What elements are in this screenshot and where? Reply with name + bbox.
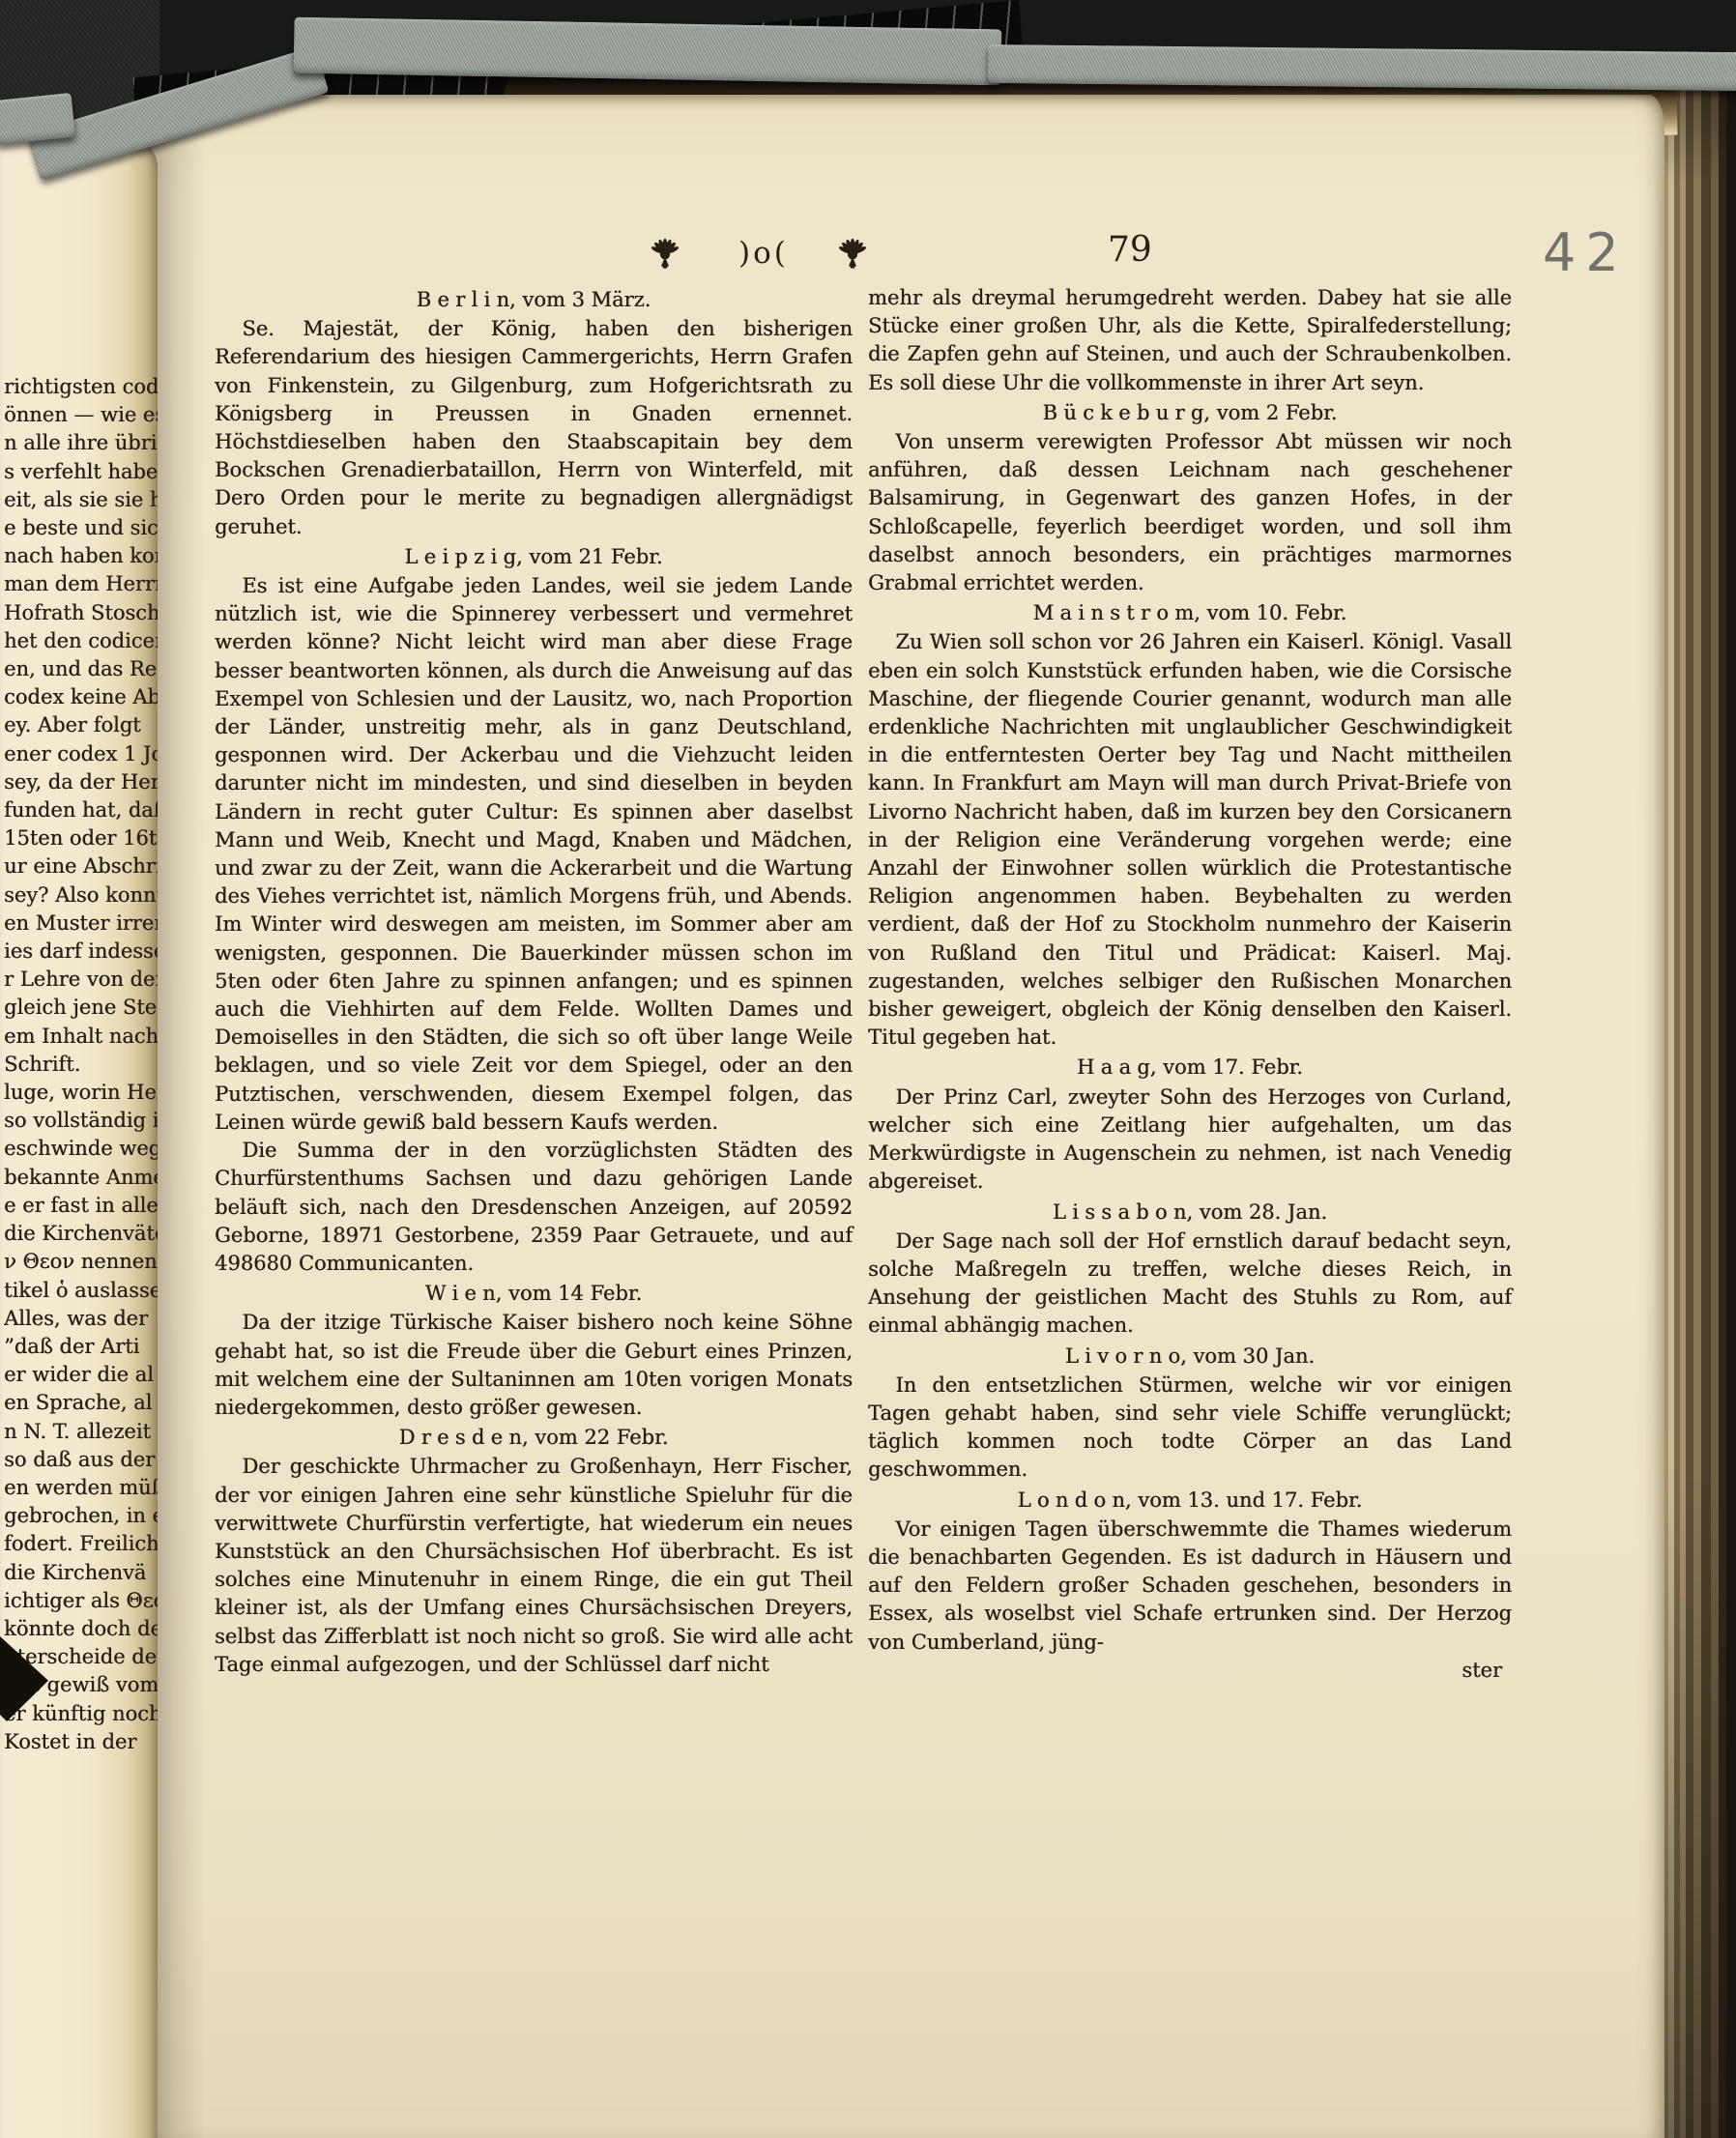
spine-cloth-band bbox=[0, 93, 75, 145]
library-stamp-number: 42 bbox=[1543, 222, 1629, 283]
margin-line: en Muster irren, bbox=[4, 910, 158, 938]
margin-line: e beste und sicher bbox=[4, 514, 158, 542]
paragraph: Vor einigen Tagen überschwemmte die Tham… bbox=[868, 1516, 1512, 1657]
paragraph: Der Prinz Carl, zweyter Sohn des Herzoge… bbox=[868, 1083, 1512, 1197]
paragraph: Da der itzige Türkische Kaiser bishero n… bbox=[215, 1309, 853, 1422]
margin-line: nach haben konn bbox=[4, 542, 158, 570]
dateline-date: , vom 22 Febr. bbox=[522, 1426, 669, 1449]
page-number: 79 bbox=[1108, 230, 1152, 270]
margin-line: eschwinde wegge bbox=[4, 1135, 158, 1163]
margin-line: ener codex 1 Joh bbox=[4, 740, 158, 768]
margin-line: Schrift. bbox=[4, 1051, 158, 1079]
margin-line: sey? Also konnte bbox=[4, 881, 158, 910]
paragraph: Der Sage nach soll der Hof ernstlich dar… bbox=[868, 1228, 1512, 1341]
scanned-book-page: )o( 79 42 Berlin, vom 3 März.Se. bbox=[0, 0, 1736, 2138]
dateline-date: , vom 14 Febr. bbox=[496, 1282, 643, 1305]
margin-line: Hofrath Stosch bbox=[4, 599, 158, 627]
spine-cloth-band bbox=[988, 44, 1736, 91]
paragraph: Die Summa der in den vorzüglichsten Städ… bbox=[215, 1137, 853, 1278]
margin-line: en werden müß bbox=[4, 1474, 158, 1502]
margin-line: ν Θεον nennen, bbox=[4, 1248, 158, 1276]
dateline-heading: Berlin, vom 3 März. bbox=[215, 286, 853, 314]
dateline-date: , vom 17. Febr. bbox=[1150, 1055, 1303, 1079]
paragraph: In den entsetzlichen Stürmen, welche wir… bbox=[868, 1372, 1512, 1485]
paragraph: Zu Wien soll schon vor 26 Jahren ein Kai… bbox=[868, 628, 1512, 1052]
margin-line: gebrochen, in ei bbox=[4, 1502, 158, 1530]
margin-line: en Sprache, al bbox=[4, 1389, 158, 1417]
dateline-place: London bbox=[1018, 1488, 1132, 1512]
catchword: ster bbox=[868, 1657, 1512, 1685]
shell-ornament-icon bbox=[648, 234, 682, 271]
dateline-date: , vom 2 Febr. bbox=[1203, 401, 1337, 424]
margin-line: man dem Herrn bbox=[4, 570, 158, 598]
margin-line: Alles, was der bbox=[4, 1305, 158, 1333]
margin-line: ur eine Abschrift bbox=[4, 852, 158, 881]
newspaper-page: )o( 79 42 Berlin, vom 3 März.Se. bbox=[145, 95, 1664, 2138]
paragraph: Se. Majestät, der König, haben den bishe… bbox=[215, 315, 853, 541]
margin-text-fragments: richtigsten codicesönnen — wie esn alle … bbox=[4, 373, 158, 1756]
dateline-place: Dresden bbox=[399, 1426, 529, 1449]
margin-line: n N. T. allezeit bbox=[4, 1418, 158, 1446]
margin-line: n alle ihre übrige bbox=[4, 429, 158, 457]
margin-line: em Inhalt nach bbox=[4, 1023, 158, 1051]
margin-line: codex keine Ab bbox=[4, 683, 158, 711]
text-column-right: mehr als dreymal herumgedreht werden. Da… bbox=[868, 284, 1512, 1685]
dateline-heading: Bückeburg, vom 2 Febr. bbox=[868, 399, 1512, 427]
header-separator: )o( bbox=[738, 236, 789, 271]
dateline-date: , vom 30 Jan. bbox=[1180, 1344, 1315, 1368]
dateline-heading: Leipzig, vom 21 Febr. bbox=[215, 543, 853, 571]
margin-line: funden hat, daß bbox=[4, 796, 158, 824]
text-column-right-sections: mehr als dreymal herumgedreht werden. Da… bbox=[868, 284, 1512, 1657]
dateline-place: Berlin bbox=[417, 288, 516, 311]
margin-line: so vollständig im bbox=[4, 1107, 158, 1135]
margin-line: 15ten oder 16ten bbox=[4, 824, 158, 852]
margin-line: ies darf indessen bbox=[4, 938, 158, 966]
page-block-fore-edge bbox=[1659, 56, 1736, 2138]
dateline-place: Haag bbox=[1077, 1055, 1156, 1079]
dateline-date: , vom 3 März. bbox=[509, 288, 651, 311]
margin-line: ey. Aber folgt bbox=[4, 711, 158, 739]
margin-line: bekannte Anmer bbox=[4, 1164, 158, 1192]
margin-line: sey, da der Herr bbox=[4, 768, 158, 796]
margin-line: tikel ὁ auslassen, bbox=[4, 1277, 158, 1305]
margin-line: s verfehlt haben, bbox=[4, 458, 158, 486]
margin-line: r Lehre von der bbox=[4, 966, 158, 994]
facing-page-strip: richtigsten codicesönnen — wie esn alle … bbox=[0, 126, 158, 2138]
dateline-heading: London, vom 13. und 17. Febr. bbox=[868, 1487, 1512, 1515]
paragraph: Der geschickte Uhrmacher zu Großenhayn, … bbox=[215, 1453, 853, 1679]
dateline-place: Wien bbox=[425, 1282, 502, 1305]
dateline-heading: Haag, vom 17. Febr. bbox=[868, 1054, 1512, 1082]
margin-line: Kostet in der bbox=[4, 1728, 158, 1756]
margin-line: het den codicem bbox=[4, 627, 158, 655]
margin-line: so daß aus der bbox=[4, 1446, 158, 1474]
paragraph: Es ist eine Aufgabe jeden Landes, weil s… bbox=[215, 572, 853, 1137]
dateline-heading: Dresden, vom 22 Febr. bbox=[215, 1424, 853, 1452]
shell-ornament-icon bbox=[835, 234, 870, 271]
margin-line: er künftig noch bbox=[4, 1700, 158, 1728]
dateline-place: Bückeburg bbox=[1043, 401, 1210, 424]
dateline-date: , vom 13. und 17. Febr. bbox=[1125, 1488, 1362, 1512]
dateline-heading: Wien, vom 14 Febr. bbox=[215, 1280, 853, 1308]
margin-line: önnen — wie es bbox=[4, 401, 158, 429]
margin-line: die Kirchenvä bbox=[4, 1559, 158, 1587]
margin-line: könnte doch der bbox=[4, 1615, 158, 1643]
margin-line: fodert. Freilich bbox=[4, 1530, 158, 1558]
text-column-left: Berlin, vom 3 März.Se. Majestät, der Kön… bbox=[215, 284, 853, 1679]
dateline-place: Livorno bbox=[1065, 1344, 1186, 1368]
paragraph: mehr als dreymal herumgedreht werden. Da… bbox=[868, 284, 1512, 397]
dateline-heading: Livorno, vom 30 Jan. bbox=[868, 1343, 1512, 1371]
margin-line: luge, worin Herr bbox=[4, 1079, 158, 1107]
dateline-date: , vom 28. Jan. bbox=[1186, 1200, 1327, 1224]
margin-line: gleich jene Stelle bbox=[4, 994, 158, 1022]
dateline-place: Lissabon bbox=[1053, 1200, 1193, 1224]
paragraph: Von unserm verewigten Professor Abt müss… bbox=[868, 428, 1512, 597]
dateline-date: , vom 21 Febr. bbox=[516, 545, 663, 568]
margin-line: ”daß der Arti bbox=[4, 1333, 158, 1361]
dateline-heading: Lissabon, vom 28. Jan. bbox=[868, 1199, 1512, 1227]
margin-line: eit, als sie sie ha bbox=[4, 486, 158, 514]
dateline-place: Mainstrom bbox=[1033, 601, 1201, 624]
dateline-date: , vom 10. Febr. bbox=[1194, 601, 1346, 624]
margin-line: ichtiger als Θεος bbox=[4, 1587, 158, 1615]
dateline-place: Leipzig bbox=[404, 545, 522, 568]
margin-line: die Kirchenväter bbox=[4, 1220, 158, 1248]
margin-line: e er fast in allen bbox=[4, 1192, 158, 1220]
margin-line: richtigsten codices bbox=[4, 373, 158, 401]
margin-line: er wider die al bbox=[4, 1361, 158, 1389]
margin-line: en, und das Re bbox=[4, 655, 158, 683]
dateline-heading: Mainstrom, vom 10. Febr. bbox=[868, 599, 1512, 627]
